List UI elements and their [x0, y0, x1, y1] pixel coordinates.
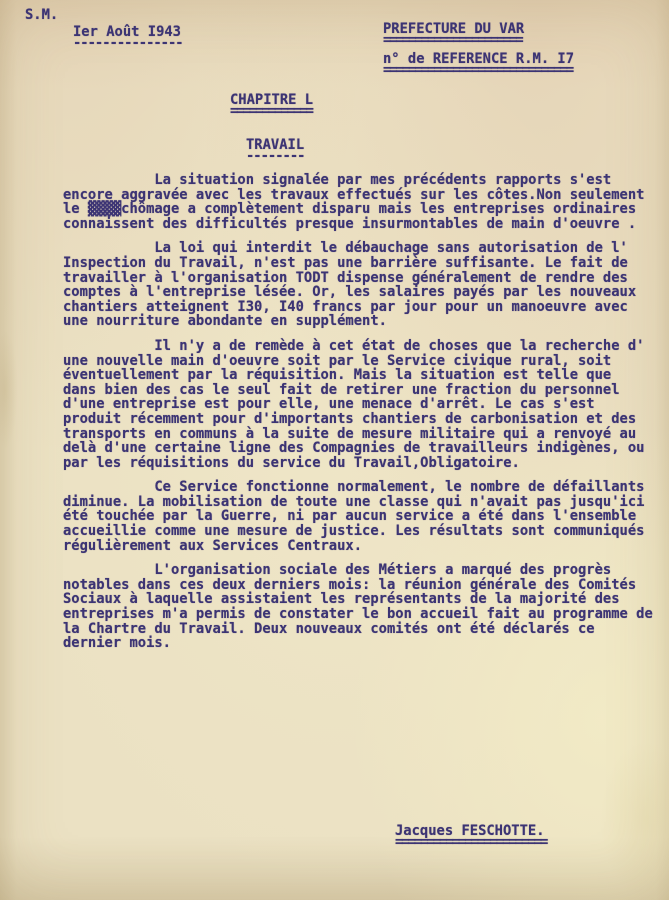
signature-block: Jacques FESCHOTTE. =====================…: [395, 823, 546, 850]
organization-underline: ======================: [383, 32, 574, 48]
date-block: Ier Août I943 ---------------: [73, 24, 183, 51]
corner-mark: S.M.: [25, 7, 58, 23]
chapter-underline: =============: [230, 103, 313, 119]
document-body: La situation signalée par mes précédents…: [63, 173, 663, 661]
paragraph: La situation signalée par mes précédents…: [63, 173, 663, 231]
paragraph: Il n'y a de remède à cet état de choses …: [63, 339, 663, 470]
section-underline: --------: [246, 148, 304, 164]
section-heading-block: TRAVAIL --------: [246, 137, 304, 164]
date-underline: ---------------: [73, 35, 183, 51]
chapter-heading-block: CHAPITRE L =============: [230, 92, 313, 119]
paragraph: La loi qui interdit le débauchage sans a…: [63, 241, 663, 329]
letterhead-block: PREFECTURE DU VAR ======================…: [383, 21, 574, 78]
paragraph: L'organisation sociale des Métiers a mar…: [63, 563, 663, 651]
signature-underline: ========================: [395, 834, 546, 850]
reference-underline: ==============================: [383, 62, 574, 78]
paragraph: Ce Service fonctionne normalement, le no…: [63, 480, 663, 553]
document-page: S.M. Ier Août I943 --------------- PREFE…: [0, 0, 669, 900]
paper-stain: [600, 740, 669, 900]
paper-stain: [0, 330, 18, 450]
